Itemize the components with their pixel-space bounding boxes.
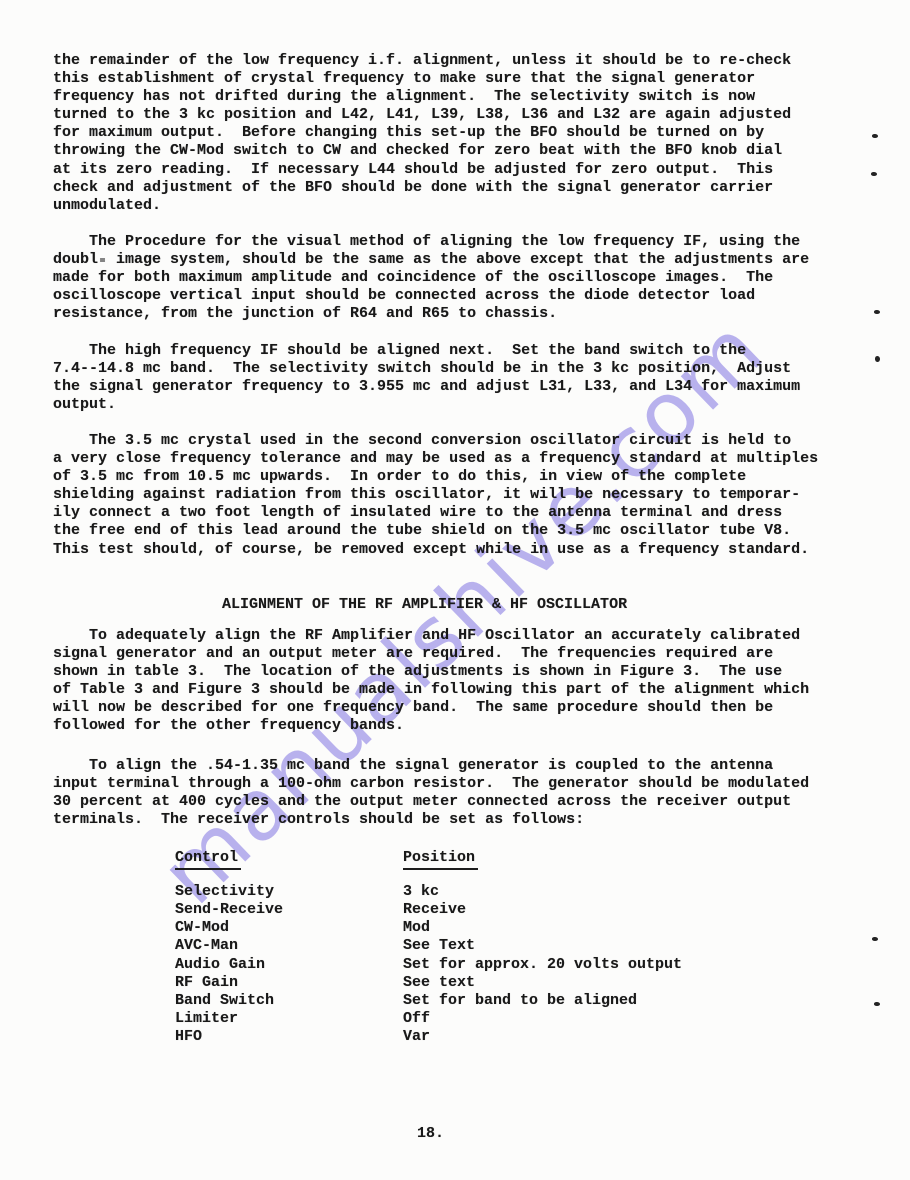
position-cell: Var bbox=[403, 1028, 430, 1045]
control-cell: AVC-Man bbox=[175, 937, 403, 955]
control-cell: Selectivity bbox=[175, 883, 403, 901]
table-row: LimiterOff bbox=[175, 1010, 682, 1028]
paragraph-visual-method: The Procedure for the visual method of a… bbox=[53, 233, 809, 323]
table-row: Selectivity3 kc bbox=[175, 883, 682, 901]
ink-speck bbox=[871, 172, 877, 176]
paragraph-if-alignment: the remainder of the low frequency i.f. … bbox=[53, 52, 791, 215]
position-cell: 3 kc bbox=[403, 883, 439, 900]
position-cell: Set for approx. 20 volts output bbox=[403, 956, 682, 973]
paragraph-high-frequency-if: The high frequency IF should be aligned … bbox=[53, 342, 800, 414]
document-page: manualshive.com the remainder of the low… bbox=[0, 0, 910, 1180]
paragraph-crystal-standard: The 3.5 mc crystal used in the second co… bbox=[53, 432, 818, 559]
table-row: AVC-ManSee Text bbox=[175, 937, 682, 955]
table-row: Audio GainSet for approx. 20 volts outpu… bbox=[175, 956, 682, 974]
ink-speck bbox=[874, 1002, 880, 1006]
table-header-control: Control bbox=[175, 849, 241, 870]
paragraph-rf-align-intro: To adequately align the RF Amplifier and… bbox=[53, 627, 809, 736]
control-cell: RF Gain bbox=[175, 974, 403, 992]
ink-speck bbox=[116, 96, 119, 99]
position-cell: Set for band to be aligned bbox=[403, 992, 637, 1009]
table-rows: Selectivity3 kc Send-ReceiveReceive CW-M… bbox=[175, 883, 682, 1046]
table-row: Send-ReceiveReceive bbox=[175, 901, 682, 919]
table-header-position: Position bbox=[403, 849, 478, 870]
table-row: CW-ModMod bbox=[175, 919, 682, 937]
position-cell: See text bbox=[403, 974, 475, 991]
ink-speck bbox=[872, 134, 878, 138]
paragraph-band-setup: To align the .54-1.35 mc band the signal… bbox=[53, 757, 809, 829]
ink-speck bbox=[875, 356, 880, 362]
position-cell: Receive bbox=[403, 901, 466, 918]
control-cell: HFO bbox=[175, 1028, 403, 1046]
control-cell: Band Switch bbox=[175, 992, 403, 1010]
control-cell: CW-Mod bbox=[175, 919, 403, 937]
table-row: HFOVar bbox=[175, 1028, 682, 1046]
control-cell: Audio Gain bbox=[175, 956, 403, 974]
ink-speck bbox=[872, 937, 878, 941]
control-cell: Send-Receive bbox=[175, 901, 403, 919]
position-cell: Mod bbox=[403, 919, 430, 936]
position-cell: Off bbox=[403, 1010, 430, 1027]
page-number: 18. bbox=[417, 1125, 444, 1143]
ink-speck bbox=[874, 310, 880, 314]
position-cell: See Text bbox=[403, 937, 475, 954]
table-row: RF GainSee text bbox=[175, 974, 682, 992]
section-heading: ALIGNMENT OF THE RF AMPLIFIER & HF OSCIL… bbox=[222, 596, 627, 614]
table-row: Band SwitchSet for band to be aligned bbox=[175, 992, 682, 1010]
control-cell: Limiter bbox=[175, 1010, 403, 1028]
